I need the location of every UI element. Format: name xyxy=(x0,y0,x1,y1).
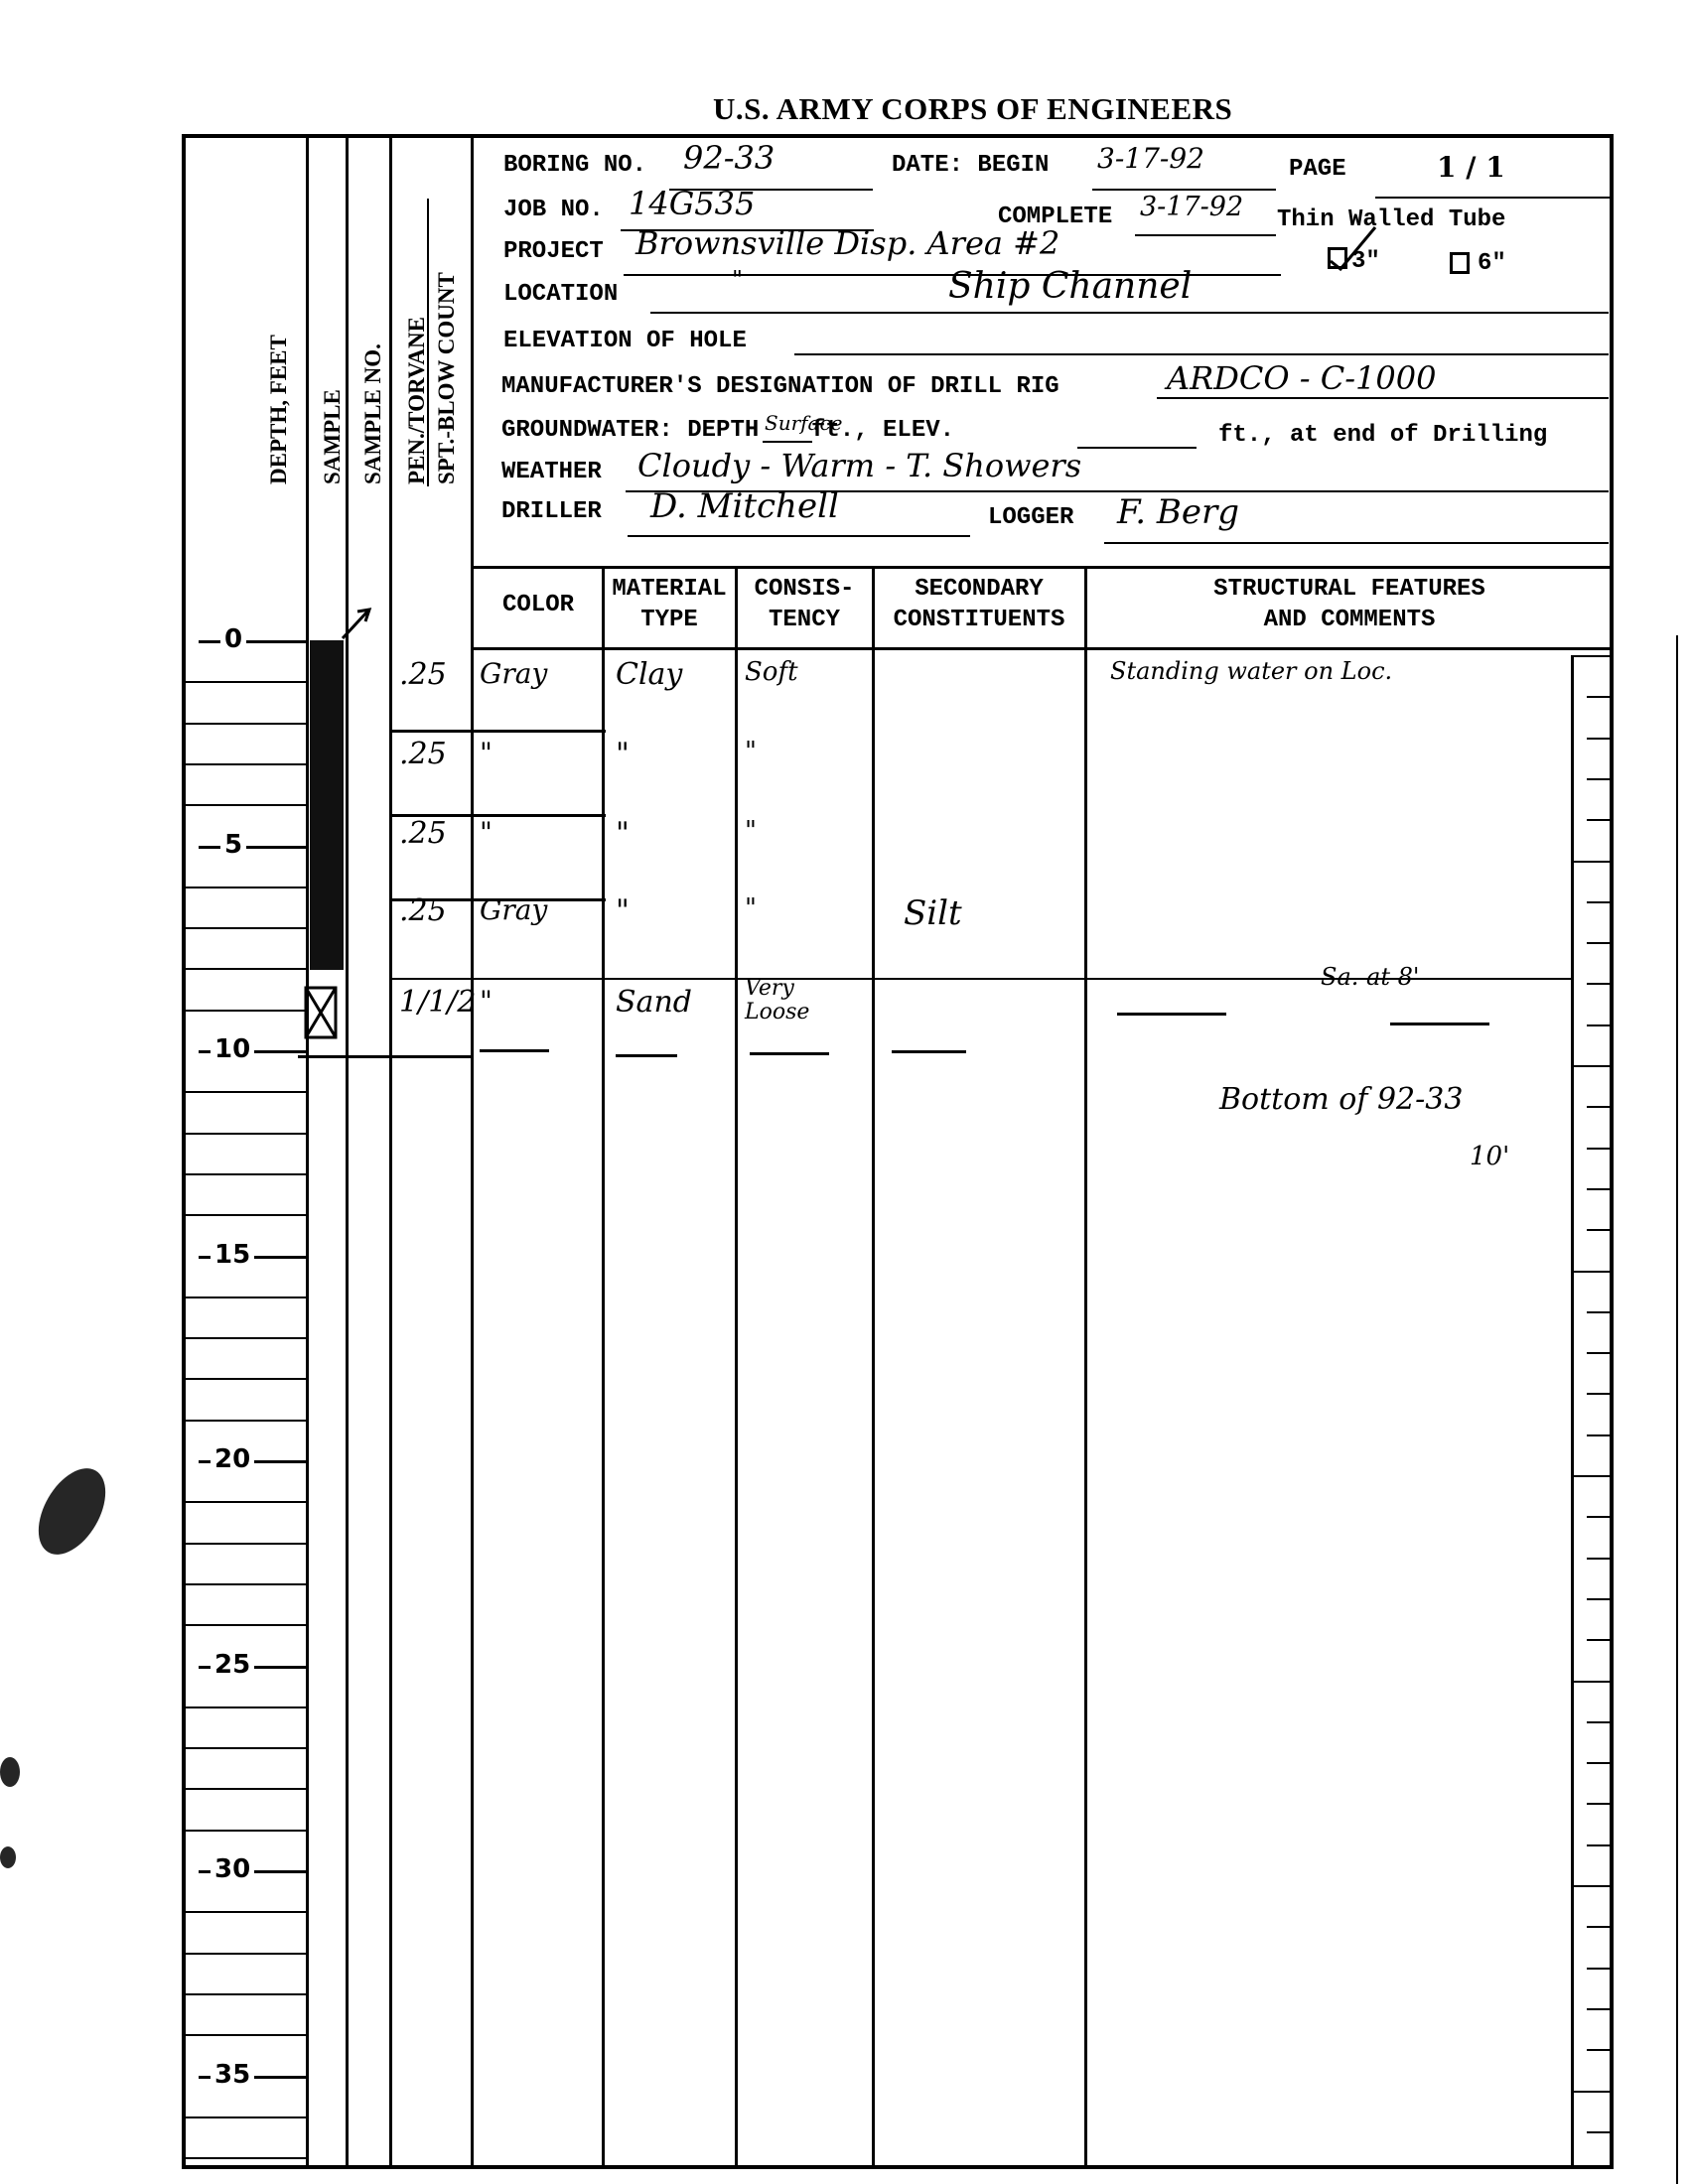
ruler-tick xyxy=(1587,1106,1614,1108)
ruler-tick xyxy=(1587,1516,1614,1518)
location-value[interactable]: Ship Channel xyxy=(948,266,1192,307)
divider-secondary-comments xyxy=(1084,566,1087,2167)
depth-grid-line xyxy=(186,1788,306,1790)
project-value[interactable]: Brownsville Disp. Area #2 xyxy=(635,224,1059,262)
page-label: PAGE xyxy=(1289,156,1346,183)
location-label: LOCATION xyxy=(503,281,618,308)
drill-rig-label: MANUFACTURER'S DESIGNATION OF DRILL RIG xyxy=(501,373,1059,400)
dash-comments-1 xyxy=(1117,1013,1226,1016)
color-value[interactable]: Gray xyxy=(480,893,547,926)
ruler-tick xyxy=(1587,696,1614,698)
tube-3in-label: 3" xyxy=(1351,248,1380,275)
material-header-line2: TYPE xyxy=(604,605,735,635)
date-begin-label: DATE: BEGIN xyxy=(892,152,1049,179)
ruler-tick xyxy=(1587,2008,1614,2010)
job-no-value[interactable]: 14G535 xyxy=(629,185,755,222)
structural-header-line1: STRUCTURAL FEATURES xyxy=(1086,574,1613,605)
groundwater-elev-underline xyxy=(1077,447,1197,449)
sample-no-header: SAMPLE NO. xyxy=(360,343,386,484)
ft-elev-label: ft., ELEV. xyxy=(811,417,954,444)
ruler-tick xyxy=(1587,1311,1614,1313)
date-begin-underline xyxy=(1092,189,1276,191)
depth-grid-line xyxy=(186,1706,306,1708)
secondary-value[interactable]: Silt xyxy=(904,893,962,933)
ruler-tick xyxy=(1571,1271,1614,1273)
ruler-tick xyxy=(1587,1926,1614,1928)
consistency-value[interactable]: Very Loose xyxy=(745,977,854,1024)
divider-consistency-secondary xyxy=(872,566,875,2167)
ruler-tick xyxy=(1587,1393,1614,1395)
logger-underline xyxy=(1104,542,1609,544)
logger-label: LOGGER xyxy=(988,504,1073,531)
groundwater-depth-label: GROUNDWATER: DEPTH xyxy=(501,417,759,444)
ruler-tick xyxy=(1571,1681,1614,1683)
drill-rig-value[interactable]: ARDCO - C-1000 xyxy=(1167,359,1436,397)
boring-no-label: BORING NO. xyxy=(503,152,646,179)
comments-value[interactable]: Sa. at 8' xyxy=(1321,963,1419,991)
row-divider-1 xyxy=(389,730,606,733)
divider-sampleno-pen xyxy=(389,136,392,2167)
depth-label: 25 xyxy=(211,1650,254,1680)
pen-value[interactable]: .25 xyxy=(399,816,447,851)
pen-value[interactable]: .25 xyxy=(399,893,447,928)
ruler-tick xyxy=(1571,2091,1614,2093)
depth-grid-line xyxy=(186,723,306,725)
ruler-tick xyxy=(1571,655,1614,657)
complete-underline xyxy=(1135,234,1276,236)
scan-smudge xyxy=(0,1846,16,1868)
comments-value[interactable]: Standing water on Loc. xyxy=(1110,657,1392,685)
secondary-header-line2: CONSTITUENTS xyxy=(874,605,1084,635)
pen-value[interactable]: 1/1/2 xyxy=(399,985,476,1020)
depth-grid-line xyxy=(186,1501,306,1503)
weather-value[interactable]: Cloudy - Warm - T. Showers xyxy=(637,447,1081,484)
driller-underline xyxy=(628,535,970,537)
depth-grid-line xyxy=(186,1420,306,1422)
bottom-note-line2: 10' xyxy=(1470,1142,1509,1171)
depth-grid-line xyxy=(186,1911,306,1913)
logger-value[interactable]: F. Berg xyxy=(1117,492,1239,532)
sample-header: SAMPLE xyxy=(320,389,346,484)
depth-grid-line xyxy=(186,1214,306,1216)
scan-smudge xyxy=(0,1757,20,1787)
material-value[interactable]: Sand xyxy=(616,985,692,1020)
spt-blow-count-header: SPT.-BLOW COUNT xyxy=(434,272,460,484)
depth-grid-line xyxy=(186,1297,306,1298)
weather-label: WEATHER xyxy=(501,459,602,485)
depth-grid-line xyxy=(186,1543,306,1545)
depth-grid-line xyxy=(186,1747,306,1749)
table-header-bottom-line xyxy=(471,647,1614,650)
driller-value[interactable]: D. Mitchell xyxy=(650,486,839,526)
depth-grid-line xyxy=(186,1953,306,1955)
depth-grid-line xyxy=(186,968,306,970)
color-value[interactable]: Gray xyxy=(480,657,547,690)
depth-grid-line xyxy=(186,1010,306,1012)
dash-material xyxy=(616,1054,677,1057)
consistency-value[interactable]: " xyxy=(745,893,757,923)
groundwater-depth-underline xyxy=(763,441,812,443)
elevation-label: ELEVATION OF HOLE xyxy=(503,328,747,354)
complete-value[interactable]: 3-17-92 xyxy=(1140,192,1243,222)
consistency-header-line1: CONSIS- xyxy=(737,574,872,605)
ruler-tick xyxy=(1587,1188,1614,1190)
consistency-value[interactable]: Soft xyxy=(745,657,798,687)
consistency-header: CONSIS- TENCY xyxy=(737,574,872,635)
structural-header-line2: AND COMMENTS xyxy=(1086,605,1613,635)
page-edge-line xyxy=(1676,635,1678,2184)
depth-grid-line xyxy=(186,927,306,929)
tube-6in-label: 6" xyxy=(1478,250,1506,277)
dash-consistency xyxy=(750,1052,829,1055)
ruler-tick xyxy=(1571,1475,1614,1477)
depth-grid-line xyxy=(186,804,306,806)
arrow-mark-icon xyxy=(338,604,377,643)
ruler-tick xyxy=(1587,1968,1614,1970)
material-value[interactable]: " xyxy=(616,893,630,928)
ft-end-drilling-label: ft., at end of Drilling xyxy=(1218,422,1547,449)
depth-grid-line xyxy=(186,2157,306,2159)
divider-color-material xyxy=(602,566,605,2167)
thin-walled-tube-label: Thin Walled Tube xyxy=(1277,206,1505,233)
secondary-header: SECONDARY CONSTITUENTS xyxy=(874,574,1084,635)
depth-grid-line xyxy=(186,1133,306,1135)
ruler-tick xyxy=(1587,1024,1614,1026)
divider-comments-ruler xyxy=(1571,655,1574,2167)
ruler-tick xyxy=(1571,861,1614,863)
row-divider-5 xyxy=(298,1055,472,1058)
job-no-label: JOB NO. xyxy=(503,197,604,223)
sample-recovered-bar xyxy=(310,640,344,970)
color-value[interactable]: " xyxy=(480,737,493,769)
date-begin-value[interactable]: 3-17-92 xyxy=(1097,142,1204,175)
ruler-tick xyxy=(1587,983,1614,985)
location-ditto: " xyxy=(732,266,743,294)
secondary-header-line1: SECONDARY xyxy=(874,574,1084,605)
depth-grid-line xyxy=(186,887,306,888)
ruler-tick xyxy=(1587,1434,1614,1436)
depth-grid-line xyxy=(186,2116,306,2118)
ruler-tick xyxy=(1587,1721,1614,1723)
material-header: MATERIAL TYPE xyxy=(604,574,735,635)
pen-value[interactable]: .25 xyxy=(399,737,447,771)
ruler-tick xyxy=(1587,1598,1614,1600)
depth-grid-line xyxy=(186,1830,306,1832)
divider-sample-sampleno xyxy=(346,136,349,2167)
ruler-tick xyxy=(1571,1885,1614,1887)
depth-grid-line xyxy=(186,1583,306,1585)
material-value[interactable]: Clay xyxy=(616,657,682,692)
dash-comments-2 xyxy=(1390,1023,1489,1025)
color-value[interactable]: " xyxy=(480,985,493,1018)
ruler-tick xyxy=(1587,2131,1614,2133)
ruler-tick xyxy=(1587,2049,1614,2051)
depth-label: 35 xyxy=(211,2060,254,2090)
depth-major-tick xyxy=(199,846,308,849)
ruler-tick xyxy=(1587,819,1614,821)
ruler-tick xyxy=(1587,778,1614,780)
scan-smudge xyxy=(25,1457,119,1567)
drill-rig-underline xyxy=(1157,397,1609,399)
elevation-underline xyxy=(794,353,1609,355)
material-value[interactable]: " xyxy=(616,816,630,851)
boring-no-value[interactable]: 92-33 xyxy=(683,139,775,177)
ruler-tick xyxy=(1587,1352,1614,1354)
depth-label: 30 xyxy=(211,1854,254,1884)
divider-depth-sample xyxy=(306,136,309,2167)
depth-label: 10 xyxy=(211,1034,254,1064)
depth-grid-line xyxy=(186,1091,306,1093)
pen-value[interactable]: .25 xyxy=(399,657,447,692)
bottom-note-line1: Bottom of 92-33 xyxy=(1219,1082,1463,1117)
ruler-tick xyxy=(1587,1803,1614,1805)
depth-grid-line xyxy=(186,763,306,765)
depth-grid-line xyxy=(186,2034,306,2036)
table-header-top-line xyxy=(471,566,1614,569)
ruler-tick xyxy=(1587,901,1614,903)
ruler-tick xyxy=(1587,1639,1614,1641)
consistency-value[interactable]: " xyxy=(745,816,757,846)
page-underline xyxy=(1375,197,1612,199)
structural-header: STRUCTURAL FEATURES AND COMMENTS xyxy=(1086,574,1613,635)
depth-grid-line xyxy=(186,1337,306,1339)
location-underline xyxy=(650,312,1609,314)
depth-label: 20 xyxy=(211,1444,254,1474)
page-value[interactable]: 1 / 1 xyxy=(1437,151,1505,184)
driller-label: DRILLER xyxy=(501,498,602,525)
divider-pen-table xyxy=(471,136,474,2167)
tube-6in-checkbox[interactable] xyxy=(1450,252,1470,274)
ruler-tick xyxy=(1587,1229,1614,1231)
consistency-value[interactable]: " xyxy=(745,737,757,766)
depth-grid-line xyxy=(186,1993,306,1995)
depth-grid-line xyxy=(186,681,306,683)
ruler-tick xyxy=(1587,738,1614,740)
color-value[interactable]: " xyxy=(480,816,493,849)
divider-material-consistency xyxy=(735,566,738,2167)
depth-feet-header: DEPTH, FEET xyxy=(266,335,292,484)
depth-grid-line xyxy=(186,1624,306,1626)
depth-label: 5 xyxy=(220,830,246,860)
ruler-tick xyxy=(1587,1844,1614,1846)
color-header: COLOR xyxy=(475,590,602,620)
depth-grid-line xyxy=(186,1378,306,1380)
ruler-tick xyxy=(1587,1148,1614,1150)
project-label: PROJECT xyxy=(503,238,604,265)
ruler-tick xyxy=(1587,1558,1614,1560)
pen-header-divider xyxy=(427,199,433,486)
ruler-tick xyxy=(1571,1065,1614,1067)
dash-color xyxy=(480,1049,549,1052)
material-header-line1: MATERIAL xyxy=(604,574,735,605)
agency-title: U.S. ARMY CORPS OF ENGINEERS xyxy=(713,91,1232,127)
sample-x-marker-icon xyxy=(298,983,357,1052)
ruler-tick xyxy=(1587,942,1614,944)
depth-major-tick xyxy=(199,640,308,643)
depth-grid-line xyxy=(186,1173,306,1175)
ruler-tick xyxy=(1587,1762,1614,1764)
depth-label: 0 xyxy=(220,624,246,654)
dash-secondary xyxy=(892,1050,966,1053)
consistency-header-line2: TENCY xyxy=(737,605,872,635)
material-value[interactable]: " xyxy=(616,737,630,771)
depth-label: 15 xyxy=(211,1240,254,1270)
